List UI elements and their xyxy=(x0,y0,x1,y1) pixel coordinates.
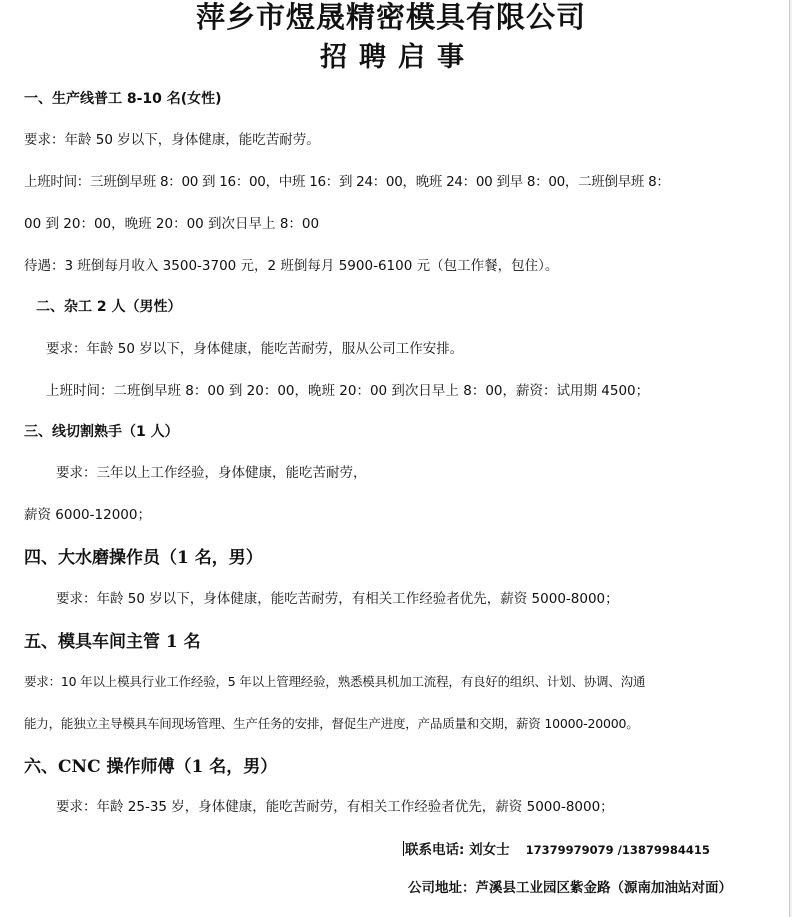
section-5-requirement-line1: 要求：10 年以上模具行业工作经验，5 年以上管理经验，熟悉模具机加工流程，有良… xyxy=(24,676,645,689)
contact-line: 联系电话: 刘女士17379979079 /13879984415 xyxy=(403,841,710,858)
notice-title: 招聘启事 xyxy=(320,44,476,71)
section-3-heading: 三、线切割熟手（1 人） xyxy=(24,425,179,439)
company-address: 公司地址：芦溪县工业园区紫金路（源南加油站对面） xyxy=(408,882,732,896)
section-1-hours-line2: 00 到 20：00，晚班 20：00 到次日早上 8：00 xyxy=(24,218,319,232)
company-name: 萍乡市煜晟精密模具有限公司 xyxy=(196,3,586,32)
section-6-heading: 六、CNC 操作师傅（1 名，男） xyxy=(24,759,277,776)
section-2-requirement: 要求：年龄 50 岁以下，身体健康，能吃苦耐劳，服从公司工作安排。 xyxy=(46,343,463,357)
section-5-requirement-line2: 能力，能独立主导模具车间现场管理、生产任务的安排，督促生产进度，产品质量和交期，… xyxy=(24,718,639,731)
section-6-requirement: 要求：年龄 25-35 岁，身体健康，能吃苦耐劳，有相关工作经验者优先，薪资 5… xyxy=(56,801,614,815)
section-1-pay: 待遇：3 班倒每月收入 3500-3700 元，2 班倒每月 5900-6100… xyxy=(24,260,558,274)
text-cursor xyxy=(403,841,404,856)
section-4-heading: 四、大水磨操作员（1 名，男） xyxy=(24,550,263,567)
section-3-requirement: 要求：三年以上工作经验，身体健康，能吃苦耐劳， xyxy=(56,467,367,481)
section-3-pay: 薪资 6000-12000； xyxy=(24,509,151,523)
contact-phones: 17379979079 /13879984415 xyxy=(526,843,710,857)
section-4-requirement: 要求：年龄 50 岁以下，身体健康，能吃苦耐劳，有相关工作经验者优先，薪资 50… xyxy=(56,593,619,607)
contact-label: 联系电话: 刘女士 xyxy=(405,842,510,858)
section-5-heading: 五、模具车间主管 1 名 xyxy=(24,634,201,651)
section-1-requirement: 要求：年龄 50 岁以下，身体健康，能吃苦耐劳。 xyxy=(24,134,320,148)
section-2-hours-pay: 上班时间：二班倒早班 8：00 到 20：00，晚班 20：00 到次日早上 8… xyxy=(46,385,649,399)
section-1-heading: 一、生产线普工 8-10 名(女性) xyxy=(24,92,222,106)
section-1-hours-line1: 上班时间：三班倒早班 8：00 到 16：00，中班 16：到 24：00，晚班… xyxy=(24,176,670,190)
recruitment-notice-page: 萍乡市煜晟精密模具有限公司 招聘启事 一、生产线普工 8-10 名(女性) 要求… xyxy=(0,0,789,917)
section-2-heading: 二、杂工 2 人（男性） xyxy=(36,300,182,314)
